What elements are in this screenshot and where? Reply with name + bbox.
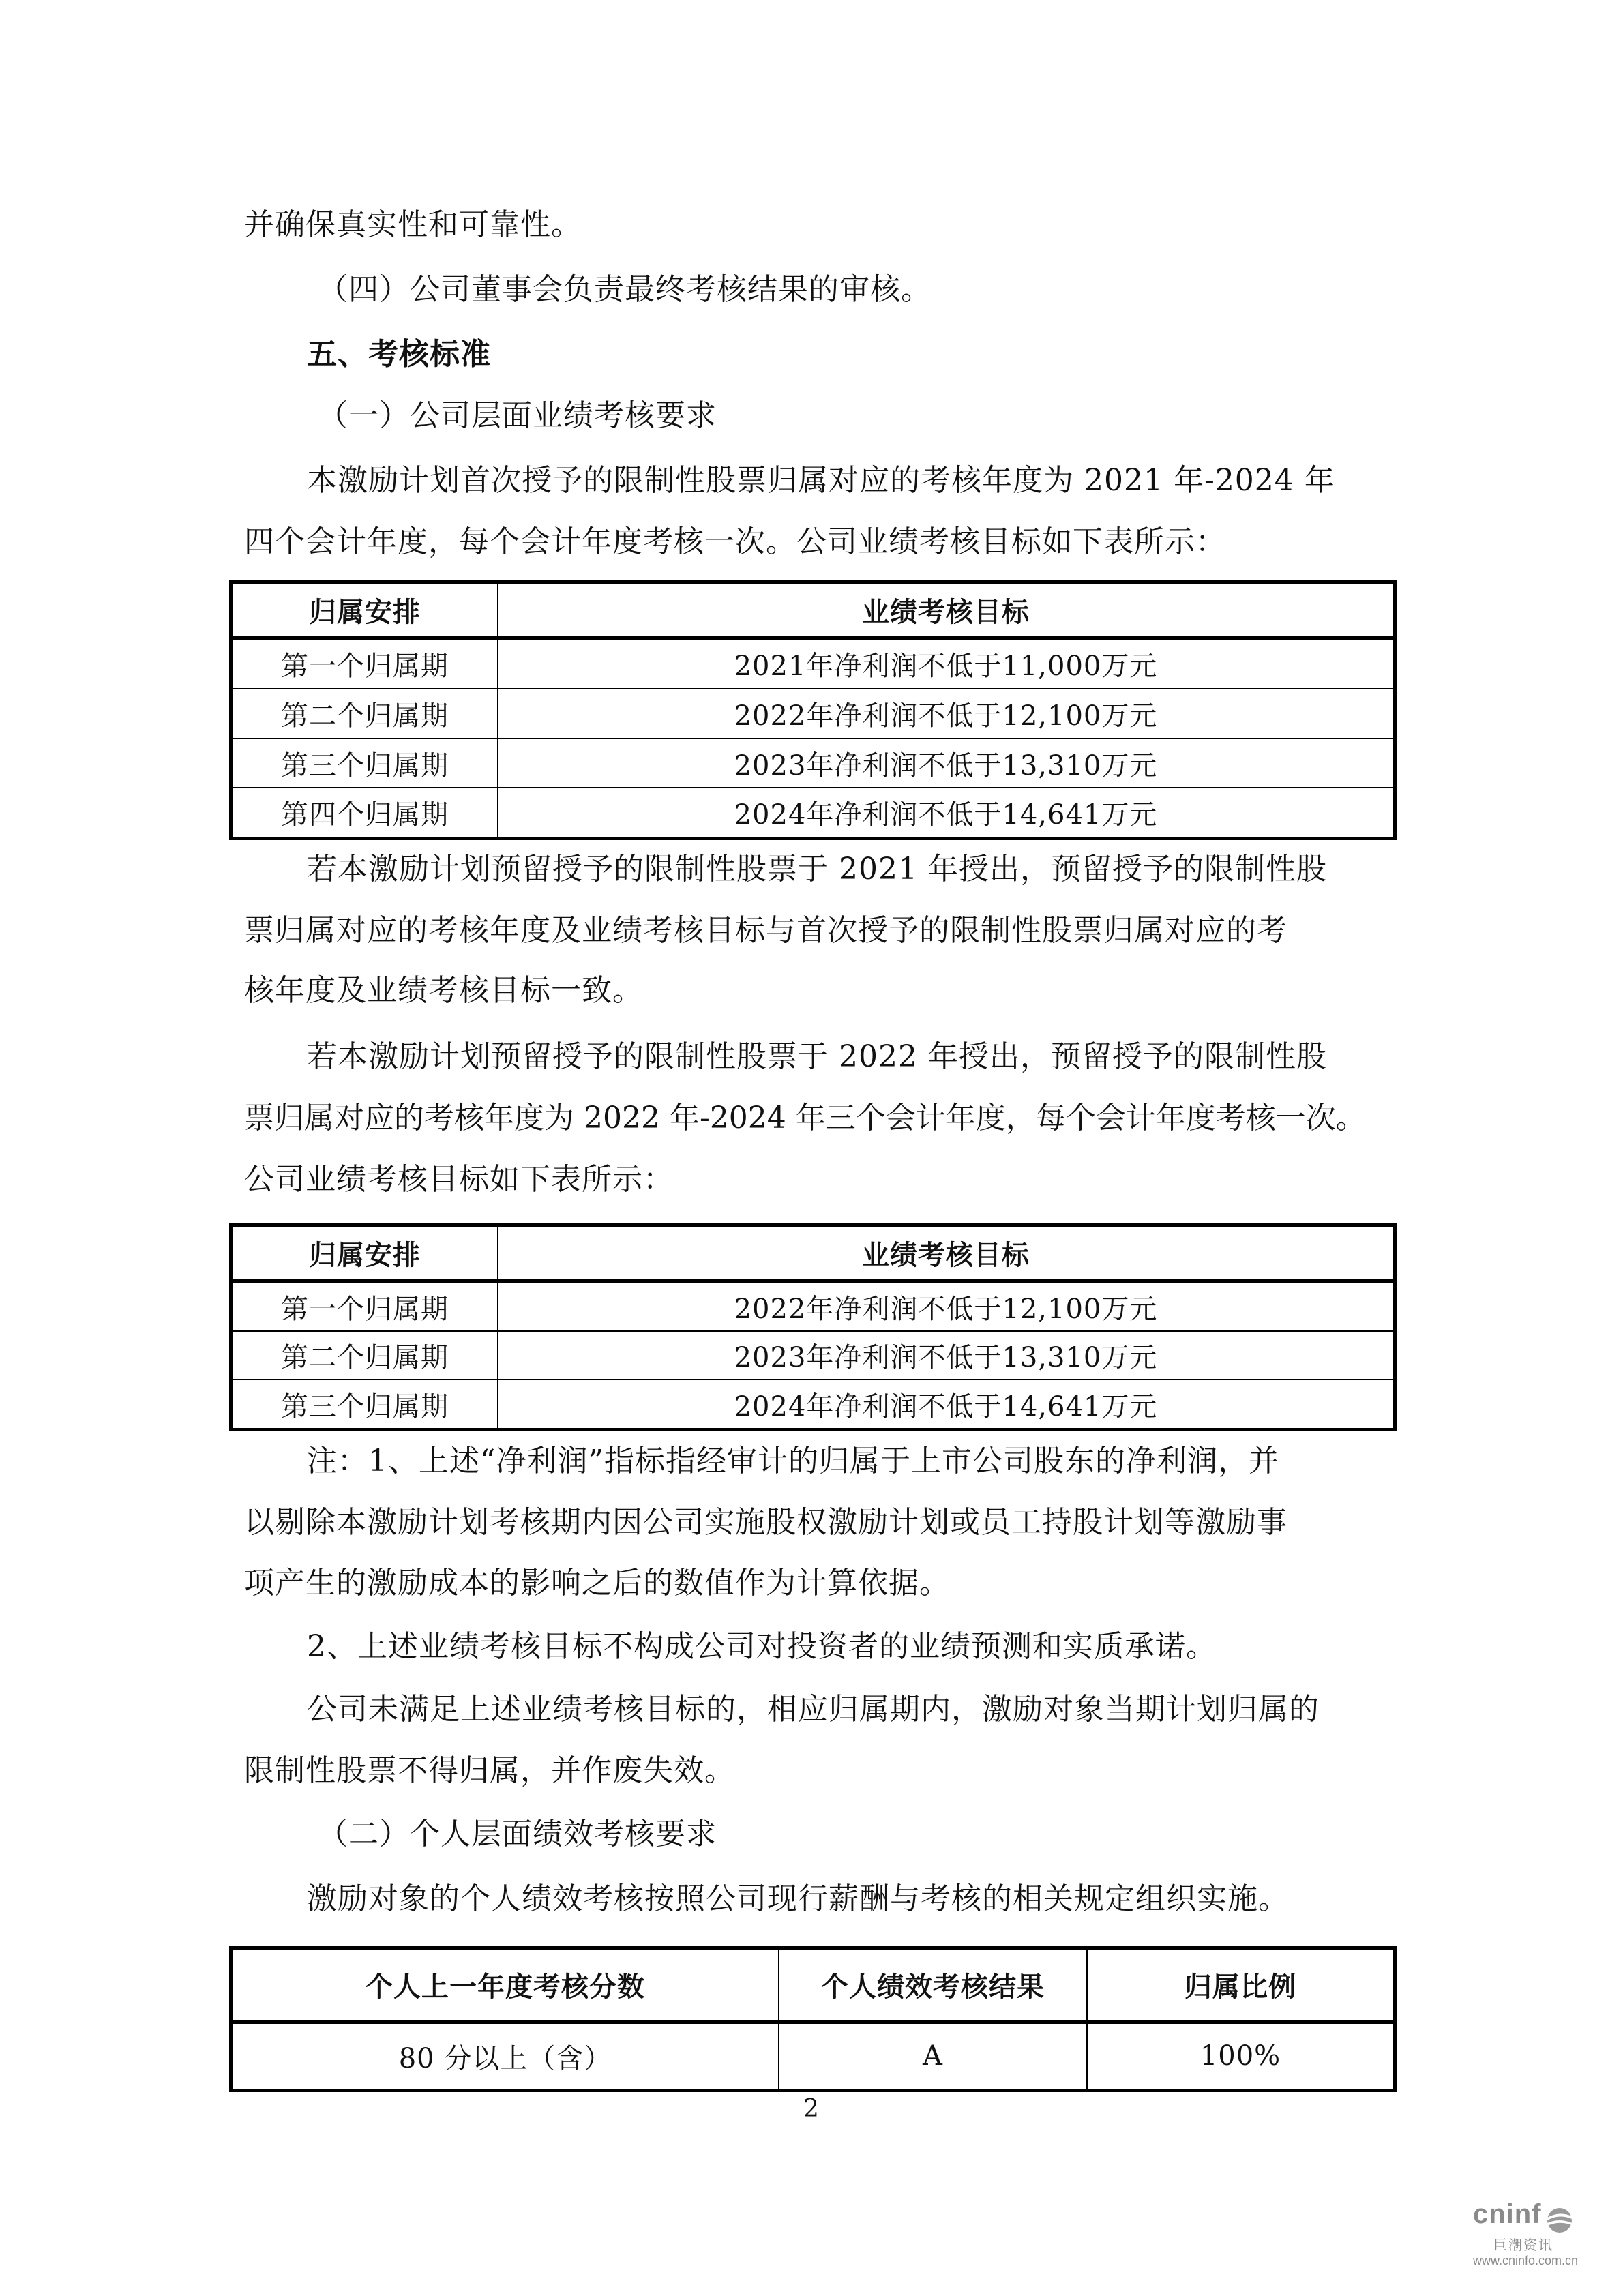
subsection-heading-company: （一）公司层面业绩考核要求 bbox=[318, 399, 1463, 433]
table-cell: 2021年净利润不低于11,000万元 bbox=[498, 638, 1395, 689]
paragraph: 四个会计年度，每个会计年度考核一次。公司业绩考核目标如下表所示： bbox=[244, 525, 1390, 559]
performance-target-table-reserved-grant: 归属安排 业绩考核目标 第一个归属期 2022年净利润不低于12,100万元 第… bbox=[229, 1223, 1397, 1431]
cninfo-watermark: cninf 巨潮资讯 www.cninfo.com.cn bbox=[1473, 2199, 1616, 2268]
table-row: 第三个归属期 2024年净利润不低于14,641万元 bbox=[231, 1380, 1395, 1429]
table-header: 归属安排 bbox=[231, 1225, 498, 1281]
document-page: 并确保真实性和可靠性。 （四）公司董事会负责最终考核结果的审核。 五、考核标准 … bbox=[0, 0, 1623, 2296]
note-1-cont: 项产生的激励成本的影响之后的数值作为计算依据。 bbox=[244, 1566, 1390, 1600]
table-row: 80 分以上（含） A 100% bbox=[231, 2022, 1395, 2091]
table-cell: 2022年净利润不低于12,100万元 bbox=[498, 689, 1395, 738]
paragraph: 公司未满足上述业绩考核目标的，相应归属期内，激励对象当期计划归属的 bbox=[307, 1693, 1453, 1727]
table-header: 归属安排 bbox=[231, 582, 498, 638]
paragraph: 票归属对应的考核年度及业绩考核目标与首次授予的限制性股票归属对应的考 bbox=[244, 914, 1390, 948]
table-row: 第二个归属期 2023年净利润不低于13,310万元 bbox=[231, 1331, 1395, 1380]
table-row: 第四个归属期 2024年净利润不低于14,641万元 bbox=[231, 788, 1395, 838]
table-header: 个人绩效考核结果 bbox=[779, 1948, 1087, 2022]
table-header: 个人上一年度考核分数 bbox=[231, 1948, 779, 2022]
table-row: 第一个归属期 2021年净利润不低于11,000万元 bbox=[231, 638, 1395, 689]
performance-target-table-first-grant: 归属安排 业绩考核目标 第一个归属期 2021年净利润不低于11,000万元 第… bbox=[229, 580, 1397, 840]
paragraph: 激励对象的个人绩效考核按照公司现行薪酬与考核的相关规定组织实施。 bbox=[307, 1882, 1453, 1916]
table-row: 第一个归属期 2022年净利润不低于12,100万元 bbox=[231, 1281, 1395, 1332]
paragraph: 票归属对应的考核年度为 2022 年-2024 年三个会计年度，每个会计年度考核… bbox=[244, 1101, 1390, 1135]
paragraph: 若本激励计划预留授予的限制性股票于 2022 年授出，预留授予的限制性股 bbox=[307, 1040, 1453, 1074]
table-cell: 80 分以上（含） bbox=[231, 2022, 779, 2091]
table-cell: 第二个归属期 bbox=[231, 1331, 498, 1380]
note-2: 2、上述业绩考核目标不构成公司对投资者的业绩预测和实质承诺。 bbox=[307, 1630, 1453, 1664]
individual-performance-table: 个人上一年度考核分数 个人绩效考核结果 归属比例 80 分以上（含） A 100… bbox=[229, 1946, 1397, 2092]
table-cell: 100% bbox=[1087, 2022, 1395, 2091]
table-cell: 第二个归属期 bbox=[231, 689, 498, 738]
table-row: 第二个归属期 2022年净利润不低于12,100万元 bbox=[231, 689, 1395, 738]
watermark-cn-name: 巨潮资讯 bbox=[1493, 2234, 1616, 2254]
table-header: 业绩考核目标 bbox=[498, 582, 1395, 638]
paragraph: 公司业绩考核目标如下表所示： bbox=[244, 1163, 1390, 1197]
table-cell: A bbox=[779, 2022, 1087, 2091]
table-header: 业绩考核目标 bbox=[498, 1225, 1395, 1281]
table-cell: 第三个归属期 bbox=[231, 1380, 498, 1429]
table-cell: 第四个归属期 bbox=[231, 788, 498, 838]
note-1: 注：1、上述“净利润”指标指经审计的归属于上市公司股东的净利润，并 bbox=[307, 1444, 1453, 1478]
table-cell: 第三个归属期 bbox=[231, 739, 498, 788]
paragraph: 核年度及业绩考核目标一致。 bbox=[244, 974, 1390, 1008]
table-cell: 第一个归属期 bbox=[231, 638, 498, 689]
watermark-brand: cninf bbox=[1473, 2199, 1542, 2229]
subsection-heading-individual: （二）个人层面绩效考核要求 bbox=[318, 1817, 1463, 1851]
table-cell: 2022年净利润不低于12,100万元 bbox=[498, 1281, 1395, 1332]
table-row: 第三个归属期 2023年净利润不低于13,310万元 bbox=[231, 739, 1395, 788]
section-heading: 五、考核标准 bbox=[307, 338, 1453, 372]
paragraph: 限制性股票不得归属，并作废失效。 bbox=[244, 1754, 1390, 1788]
note-1-cont: 以剔除本激励计划考核期内因公司实施股权激励计划或员工持股计划等激励事 bbox=[244, 1506, 1390, 1540]
table-header: 归属比例 bbox=[1087, 1948, 1395, 2022]
table-cell: 2024年净利润不低于14,641万元 bbox=[498, 788, 1395, 838]
table-cell: 2023年净利润不低于13,310万元 bbox=[498, 1331, 1395, 1380]
paragraph: 若本激励计划预留授予的限制性股票于 2021 年授出，预留授予的限制性股 bbox=[307, 852, 1453, 886]
watermark-url: www.cninfo.com.cn bbox=[1473, 2254, 1616, 2268]
table-cell: 2023年净利润不低于13,310万元 bbox=[498, 739, 1395, 788]
table-cell: 2024年净利润不低于14,641万元 bbox=[498, 1380, 1395, 1429]
page-number: 2 bbox=[803, 2095, 819, 2123]
paragraph: 本激励计划首次授予的限制性股票归属对应的考核年度为 2021 年-2024 年 bbox=[307, 464, 1453, 498]
paragraph: 并确保真实性和可靠性。 bbox=[244, 208, 1390, 242]
table-cell: 第一个归属期 bbox=[231, 1281, 498, 1332]
cninfo-logo-icon bbox=[1545, 2207, 1575, 2234]
paragraph-board-review: （四）公司董事会负责最终考核结果的审核。 bbox=[318, 273, 1463, 307]
